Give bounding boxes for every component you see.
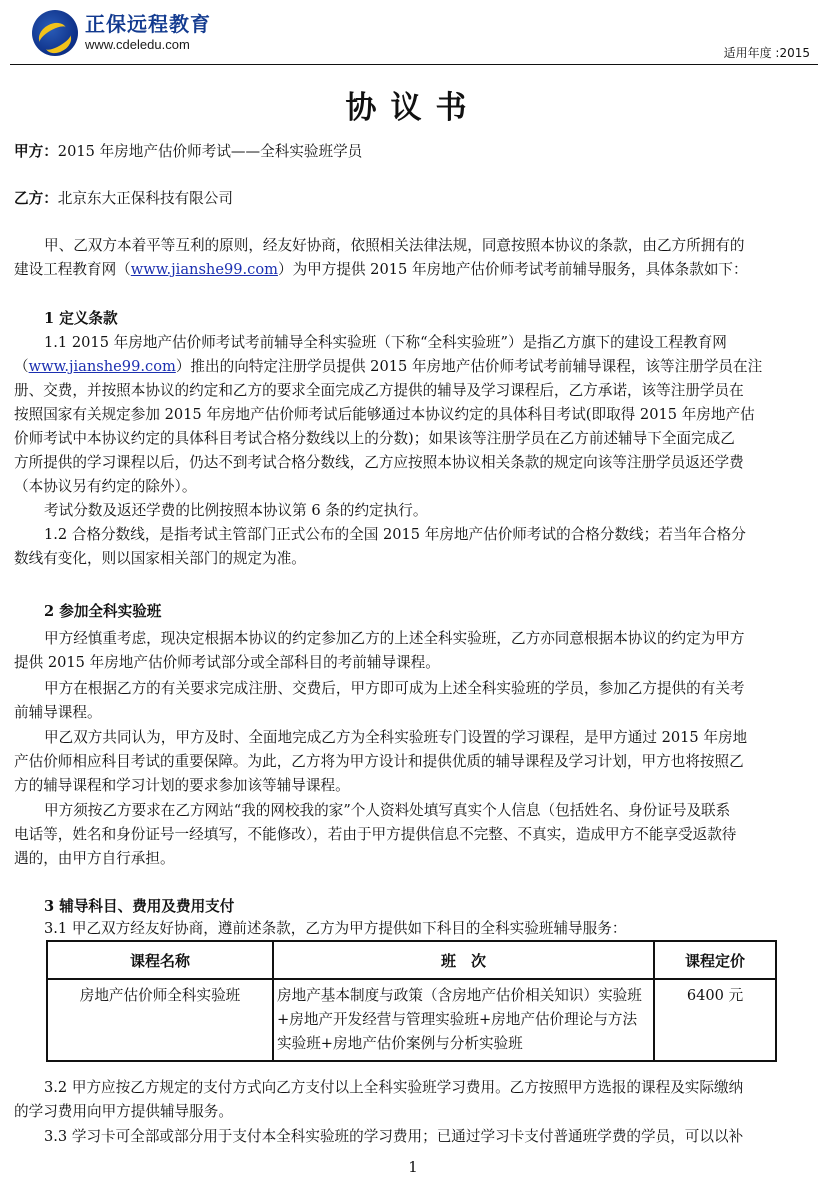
clause-1-1-line: 价师考试中本协议约定的具体科目考试合格分数线以上的分数)；如果该等注册学员在乙方… <box>14 427 812 451</box>
table-header-row: 课程名称 班 次 课程定价 <box>47 941 776 979</box>
clause-3-1: 3.1 甲乙双方经友好协商，遵前述条款，乙方为甲方提供如下科目的全科实验班辅导服… <box>14 917 826 941</box>
section-2-line: 前辅导课程。 <box>14 701 812 725</box>
clause-1-1-line: 方所提供的学习课程以后，仍达不到考试合格分数线，乙方应按照本协议相关条款的规定向… <box>14 451 812 475</box>
cell-classes: 房地产基本制度与政策（含房地产估价相关知识）实验班+房地产开发经营与管理实验班+… <box>273 979 654 1061</box>
clause-1-1-line: （www.jianshe99.com）推出的向特定注册学员提供 2015 年房地… <box>14 355 812 379</box>
section-2-line: 提供 2015 年房地产估价师考试部分或全部科目的考前辅导课程。 <box>14 651 812 675</box>
clause-text: ）推出的向特定注册学员提供 2015 年房地产估价师考试考前辅导课程，该等注册学… <box>176 358 762 375</box>
table-row: 房地产估价师全科实验班 房地产基本制度与政策（含房地产估价相关知识）实验班+房地… <box>47 979 776 1061</box>
clause-text: （ <box>14 358 29 375</box>
section-1-heading: 1 定义条款 <box>14 307 826 331</box>
party-b-value: 北京东大正保科技有限公司 <box>58 190 233 207</box>
column-header-course-name: 课程名称 <box>47 941 273 979</box>
cell-course-name: 房地产估价师全科实验班 <box>47 979 273 1061</box>
section-2-line: 甲方须按乙方要求在乙方网站“我的网校我的家”个人资料处填写真实个人信息（包括姓名… <box>14 799 826 823</box>
intro-text: 建设工程教育网（ <box>14 261 131 278</box>
jianshe99-link[interactable]: www.jianshe99.com <box>131 261 278 278</box>
header-divider <box>10 64 818 65</box>
cdeledu-logo-icon <box>32 10 78 56</box>
brand-url: www.cdeledu.com <box>85 37 190 52</box>
section-2-line: 甲方在根据乙方的有关要求完成注册、交费后，甲方即可成为上述全科实验班的学员，参加… <box>14 677 826 701</box>
column-header-price: 课程定价 <box>654 941 776 979</box>
intro-text: ）为甲方提供 2015 年房地产估价师考试考前辅导服务，具体条款如下： <box>278 261 748 278</box>
clause-1-1-line: 1.1 2015 年房地产估价师考试考前辅导全科实验班（下称“全科实验班”）是指… <box>14 331 826 355</box>
clause-3-3-line: 3.3 学习卡可全部或部分用于支付本全科实验班的学习费用；已通过学习卡支付普通班… <box>14 1125 826 1149</box>
section-2-line: 产估价师相应科目考试的重要保障。为此，乙方将为甲方设计和提供优质的辅导课程及学习… <box>14 750 812 774</box>
section-3-heading: 3 辅导科目、费用及费用支付 <box>14 895 826 919</box>
brand-name: 正保远程教育 <box>85 13 211 35</box>
document-header: 正保远程教育 www.cdeledu.com 适用年度 :2015 <box>0 0 826 64</box>
clause-3-2-line: 的学习费用向甲方提供辅导服务。 <box>14 1100 812 1124</box>
section-2-line: 甲乙双方共同认为，甲方及时、全面地完成乙方为全科实验班专门设置的学习课程，是甲方… <box>14 726 826 750</box>
party-a-value: 2015 年房地产估价师考试——全科实验班学员 <box>58 143 362 160</box>
section-2-heading: 2 参加全科实验班 <box>14 600 826 624</box>
jianshe99-link[interactable]: www.jianshe99.com <box>29 358 176 375</box>
clause-1-2-line: 数线有变化，则以国家相关部门的规定为准。 <box>14 547 812 571</box>
course-table: 课程名称 班 次 课程定价 房地产估价师全科实验班 房地产基本制度与政策（含房地… <box>46 940 777 1062</box>
refund-ratio-note: 考试分数及返还学费的比例按照本协议第 6 条的约定执行。 <box>14 499 826 523</box>
party-b: 乙方：北京东大正保科技有限公司 <box>14 187 812 211</box>
section-2-line: 遇的，由甲方自行承担。 <box>14 847 812 871</box>
intro-line-2: 建设工程教育网（www.jianshe99.com）为甲方提供 2015 年房地… <box>14 258 812 282</box>
clause-1-1-line: 册、交费，并按照本协议的约定和乙方的要求全面完成乙方提供的辅导及学习课程后，乙方… <box>14 379 812 403</box>
clause-3-2-line: 3.2 甲方应按乙方规定的支付方式向乙方支付以上全科实验班学习费用。乙方按照甲方… <box>14 1076 826 1100</box>
clause-1-1-line: 按照国家有关规定参加 2015 年房地产估价师考试后能够通过本协议约定的具体科目… <box>14 403 812 427</box>
clause-1-2-line: 1.2 合格分数线，是指考试主管部门正式公布的全国 2015 年房地产估价师考试… <box>14 523 826 547</box>
party-a: 甲方：2015 年房地产估价师考试——全科实验班学员 <box>14 140 812 164</box>
party-a-label: 甲方： <box>14 143 58 160</box>
page-number: 1 <box>0 1158 826 1176</box>
cell-price: 6400 元 <box>654 979 776 1061</box>
section-2-line: 电话等，姓名和身份证号一经填写，不能修改），若由于甲方提供信息不完整、不真实，造… <box>14 823 812 847</box>
column-header-classes: 班 次 <box>273 941 654 979</box>
party-b-label: 乙方： <box>14 190 58 207</box>
section-2-line: 方的辅导课程和学习计划的要求参加该等辅导课程。 <box>14 774 812 798</box>
intro-line-1: 甲、乙双方本着平等互利的原则，经友好协商，依照相关法律法规，同意按照本协议的条款… <box>14 234 812 258</box>
clause-1-1-line: （本协议另有约定的除外）。 <box>14 475 812 499</box>
applicable-year: 适用年度 :2015 <box>724 44 810 61</box>
section-2-line: 甲方经慎重考虑，现决定根据本协议的约定参加乙方的上述全科实验班，乙方亦同意根据本… <box>14 627 826 651</box>
document-title: 协议书 <box>0 82 826 127</box>
